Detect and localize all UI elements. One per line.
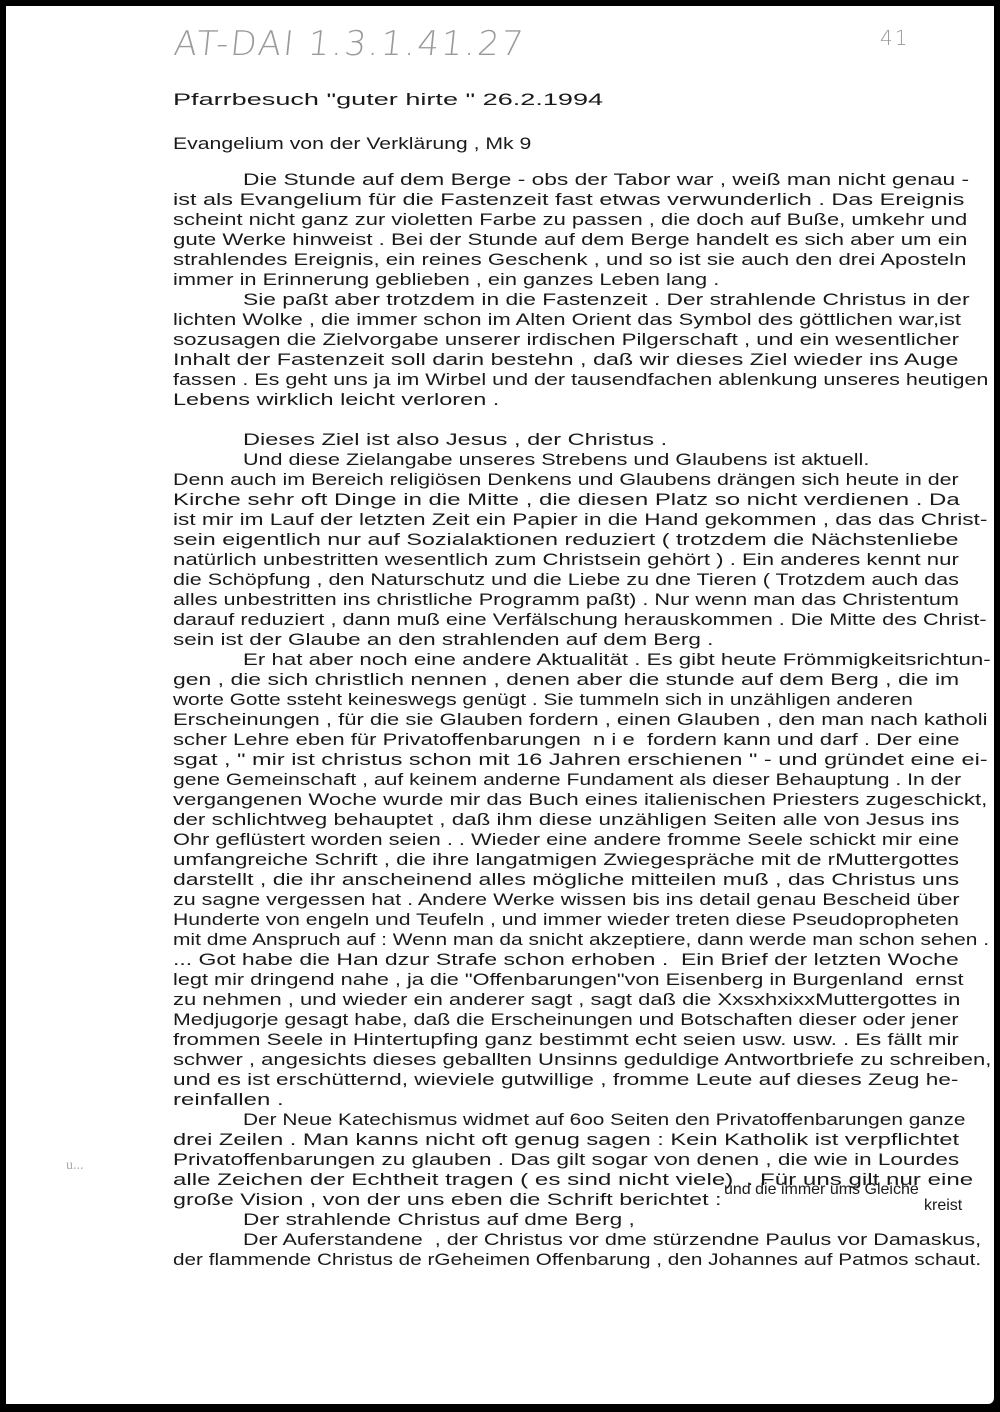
text-line: legt mir dringend nahe , ja die "Offenba… [173,970,964,990]
text-line: der schlichtweg behauptet , daß ihm dies… [173,810,959,830]
text-line: zu nehmen , und wieder ein anderer sagt … [173,990,960,1010]
insert-text: kreist [924,1197,962,1215]
text-line: strahlendes Ereignis, ein reines Geschen… [173,250,966,270]
text-line: Der Neue Katechismus widmet auf 6oo Seit… [243,1110,965,1130]
text-line: alles unbestritten ins christliche Progr… [173,590,959,610]
text-line: zu sagne vergessen hat . Andere Werke wi… [173,890,960,910]
text-line: Lebens wirklich leicht verloren . [173,390,499,410]
text-line: Kirche sehr oft Dinge in die Mitte , die… [173,490,960,510]
text-line: sein eigentlich nur auf Sozialaktionen r… [173,530,959,550]
text-line: sozusagen die Zielvorgabe unserer irdisc… [173,330,959,350]
text-line: Inhalt der Fastenzeit soll darin bestehn… [173,350,959,370]
text-line: lichten Wolke , die immer schon im Alten… [173,310,961,330]
page-number: 41 [880,26,909,50]
text-line: ist als Evangelium für die Fastenzeit fa… [173,190,964,210]
text-line: die Schöpfung , den Naturschutz und die … [173,570,959,590]
text-line: Der strahlende Christus auf dme Berg , [243,1210,635,1230]
archive-stamp: AT-DAI 1.3.1.41.27 [172,24,527,64]
text-line: Und diese Zielangabe unseres Strebens un… [243,450,869,470]
document-title: Pfarrbesuch "guter hirte " 26.2.1994 [173,90,603,110]
text-line: sein ist der Glaube an den strahlenden a… [173,630,713,650]
text-line: Privatoffenbarungen zu glauben . Das gil… [173,1150,959,1170]
insert-text: und die immer ums Gleiche [724,1181,919,1199]
margin-note: u... [66,1158,84,1174]
text-line: Die Stunde auf dem Berge - obs der Tabor… [243,170,969,190]
text-line: scher Lehre eben für Privatoffenbarungen… [173,730,960,750]
text-line: gen , die sich christlich nennen , denen… [173,670,959,690]
text-line: Denn auch im Bereich religiösen Denkens … [173,470,959,490]
text-line: darauf reduziert , dann muß eine Verfäls… [173,610,987,630]
text-line: Hunderte von engeln und Teufeln , und im… [173,910,959,930]
text-line: und es ist erschütternd, wieviele gutwil… [173,1070,958,1090]
text-line: darstellt , die ihr anscheinend alles mö… [173,870,959,890]
text-line: immer in Erinnerung geblieben , ein ganz… [173,270,719,290]
text-line: Sie paßt aber trotzdem in die Fastenzeit… [243,290,970,310]
text-line: sgat , " mir ist christus schon mit 16 J… [173,750,988,770]
text-line: frommen Seele in Hintertupfing ganz best… [173,1030,959,1050]
text-line: worte Gotte ssteht keineswegs genügt . S… [173,690,913,710]
text-line: fassen . Es geht uns ja im Wirbel und de… [173,370,988,390]
text-line: Erscheinungen , für die sie Glauben ford… [173,710,988,730]
text-line: natürlich unbestritten wesentlich zum Ch… [173,550,959,570]
text-line: ist mir im Lauf der letzten Zeit ein Pap… [173,510,987,530]
text-line: ... Got habe die Han dzur Strafe schon e… [173,950,959,970]
text-line: schwer , angesichts dieses geballten Uns… [173,1050,991,1070]
text-line: gute Werke hinweist . Bei der Stunde auf… [173,230,967,250]
text-line: drei Zeilen . Man kanns nicht oft genug … [173,1130,959,1150]
text-line: scheint nicht ganz zur violetten Farbe z… [173,210,967,230]
text-line: Medjugorje gesagt habe, daß die Erschein… [173,1010,958,1030]
text-line: große Vision , von der uns eben die Schr… [173,1190,721,1210]
text-line: Ohr geflüstert worden seien . . Wieder e… [173,830,959,850]
text-line: Der Auferstandene , der Christus vor dme… [243,1230,981,1250]
document-subtitle: Evangelium von der Verklärung , Mk 9 [173,134,531,154]
text-line: reinfallen . [173,1090,284,1110]
text-line: umfangreiche Schrift , die ihre langatmi… [173,850,959,870]
text-line: der flammende Christus de rGeheimen Offe… [173,1250,981,1270]
text-line: gene Gemeinschaft , auf keinem anderne F… [173,770,961,790]
document-page: AT-DAI 1.3.1.41.27 41 Pfarrbesuch "guter… [6,6,994,1404]
text-line: mit dme Anspruch auf : Wenn man da snich… [173,930,989,950]
text-line: Dieses Ziel ist also Jesus , der Christu… [243,430,667,450]
text-line: vergangenen Woche wurde mir das Buch ein… [173,790,987,810]
text-line: Er hat aber noch eine andere Aktualität … [243,650,991,670]
